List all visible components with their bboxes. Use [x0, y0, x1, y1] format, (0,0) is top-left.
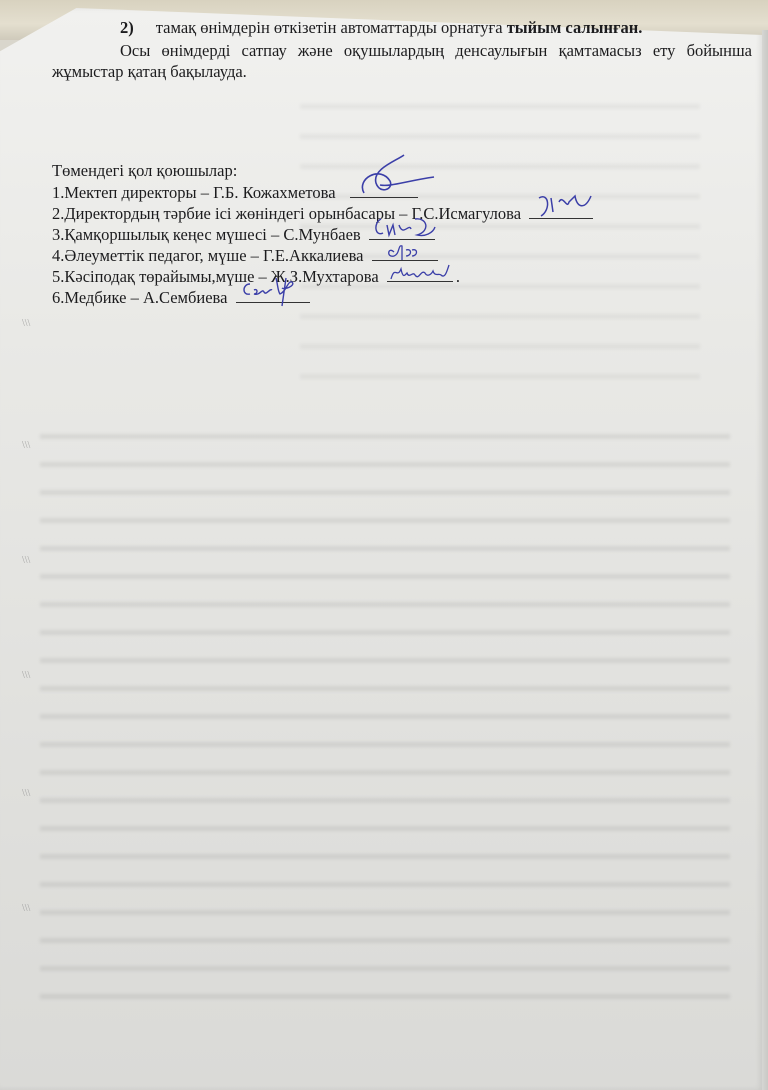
signer-row: 6.Медбике – А.Сембиева: [52, 286, 593, 307]
bleed-through-text: [40, 420, 730, 1020]
signer-row: 5.Кәсіподақ төрайымы,мүше – Ж.З.Мухтаров…: [52, 265, 593, 286]
control-paragraph: Осы өнімдерді сатпау және оқушылардың де…: [52, 40, 752, 82]
signature-line: [372, 244, 438, 261]
signers-list: 1.Мектеп директоры – Г.Б. Кожахметова 2.…: [52, 181, 593, 307]
signer-text: 5.Кәсіподақ төрайымы,мүше – Ж.З.Мухтаров…: [52, 267, 379, 286]
margin-mark: \\\: [22, 903, 30, 914]
signer-text: 6.Медбике – А.Сембиева: [52, 288, 227, 307]
margin-mark: \\\: [22, 440, 30, 451]
margin-mark: \\\: [22, 555, 30, 566]
signature-line: [387, 265, 453, 282]
page-edge: [762, 30, 768, 1090]
signer-row: 2.Директордың тәрбие ісі жөніндегі орынб…: [52, 202, 593, 223]
margin-mark: \\\: [22, 318, 30, 329]
signature-line: [236, 286, 310, 303]
signature-icon: [350, 159, 440, 199]
signer-text: 3.Қамқоршылық кеңес мүшесі – С.Мунбаев: [52, 225, 361, 244]
item-text: тамақ өнімдерін өткізетін автоматтарды о…: [156, 18, 507, 37]
signer-row: 4.Әлеуметтік педагог, мүше – Г.Е.Аккалие…: [52, 244, 593, 265]
signer-row: 3.Қамқоршылық кеңес мүшесі – С.Мунбаев: [52, 223, 593, 244]
signer-text: 1.Мектеп директоры – Г.Б. Кожахметова: [52, 183, 336, 202]
signature-icon: [372, 238, 438, 262]
signature-line: [350, 181, 418, 198]
signers-title: Төмендегі қол қоюшылар:: [52, 160, 237, 181]
item-text-bold: тыйым салынған.: [507, 18, 643, 37]
list-item-2: 2)тамақ өнімдерін өткізетін автоматтарды…: [120, 17, 642, 38]
signature-line: [529, 202, 593, 219]
margin-mark: \\\: [22, 788, 30, 799]
list-number: 2): [120, 18, 134, 37]
signer-row: 1.Мектеп директоры – Г.Б. Кожахметова: [52, 181, 593, 202]
signature-icon: [387, 261, 461, 283]
signature-icon: [236, 274, 316, 304]
signer-text: 4.Әлеуметтік педагог, мүше – Г.Е.Аккалие…: [52, 246, 363, 265]
margin-mark: \\\: [22, 670, 30, 681]
signer-text: 2.Директордың тәрбие ісі жөніндегі орынб…: [52, 204, 521, 223]
signature-icon: [369, 213, 439, 241]
signature-icon: [529, 190, 599, 220]
